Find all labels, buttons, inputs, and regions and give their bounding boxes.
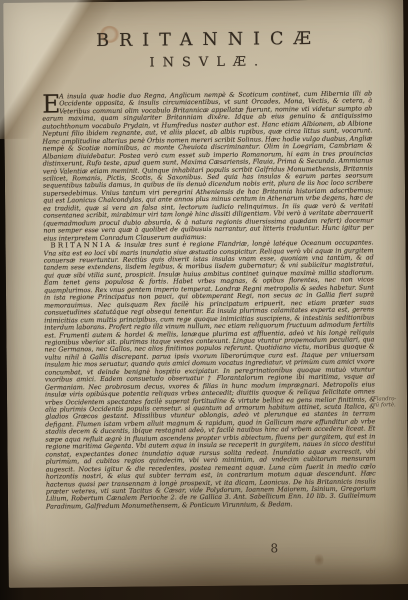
page-title: BRITANNICÆ	[3, 28, 403, 52]
page-number: 8	[270, 541, 278, 555]
marginal-note-line-2: rū fortè.	[373, 402, 404, 409]
photo-of-book-page: BRITANNICÆ INSVLÆ. EA insula quæ hodie d…	[0, 0, 408, 600]
parchment-page: BRITANNICÆ INSVLÆ. EA insula quæ hodie d…	[3, 0, 408, 588]
drop-cap-initial: E	[42, 93, 57, 114]
paragraph-2: BRITANNIA & insulæ tres sunt è regione F…	[44, 239, 377, 510]
paper-blemish	[314, 552, 323, 568]
page-subtitle: INSVLÆ.	[4, 53, 404, 72]
body-text-block: EA insula quæ hodie duo Regna, Anglicum …	[42, 90, 376, 511]
paragraph-1-text: A insula quæ hodie duo Regna, Anglicum n…	[42, 89, 373, 242]
paragraph-1: EA insula quæ hodie duo Regna, Anglicum …	[42, 90, 373, 242]
marginal-note: Flandro- rū fortè.	[373, 396, 404, 409]
paragraph-2-text: & insulæ tres sunt è regione Flandriæ, l…	[44, 238, 376, 510]
